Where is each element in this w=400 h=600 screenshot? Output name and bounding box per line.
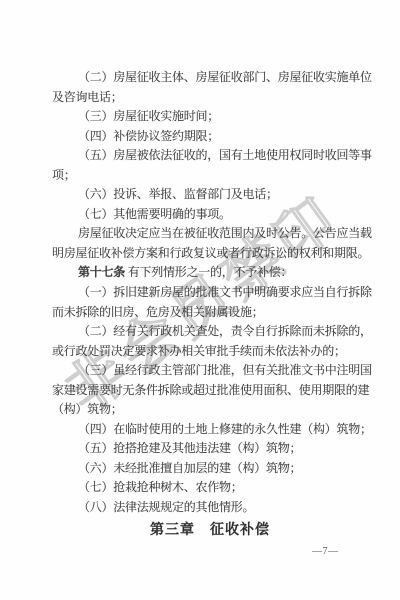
- chapter-heading: 第三章 征收补偿: [52, 520, 368, 542]
- document-line: 房屋征收决定应当在被征收范围内及时公告。公告应当载: [52, 224, 368, 244]
- document-line: （三）虽经行政主管部门批准，但有关批准文书中注明国: [52, 361, 368, 381]
- document-line: （四）在临时使用的土地上修建的永久性建（构）筑物；: [52, 420, 368, 440]
- document-line: 第十七条 有下列情形之一的，不予补偿：: [52, 263, 368, 283]
- document-line: （八）法律法规规定的其他情形。: [52, 498, 368, 518]
- document-line: （二）经有关行政机关查处，责令自行拆除而未拆除的，: [52, 322, 368, 342]
- document-line: （构）筑物；: [52, 400, 368, 420]
- document-line: （三）房屋征收实施时间；: [52, 107, 368, 127]
- document-line: （一）拆旧建新房屋的批准文书中明确要求应当自行拆除: [52, 283, 368, 303]
- document-line: 项；: [52, 166, 368, 186]
- document-line: 或行政处罚决定要求补办相关审批手续而未依法补办的；: [52, 342, 368, 362]
- document-line: 家建设需要时无条件拆除或超过批准使用面积、使用期限的建: [52, 381, 368, 401]
- document-line: 及咨询电话；: [52, 88, 368, 108]
- document-line: 明房屋征收补偿方案和行政复议或者行政诉讼的权利和期限。: [52, 244, 368, 264]
- document-body: （二）房屋征收主体、房屋征收部门、房屋征收实施单位及咨询电话；（三）房屋征收实施…: [52, 68, 368, 542]
- document-line: （二）房屋征收主体、房屋征收部门、房屋征收实施单位: [52, 68, 368, 88]
- document-line: （七）抢栽抢种树木、农作物；: [52, 478, 368, 498]
- document-line: （五）抢搭抢建及其他违法建（构）筑物；: [52, 439, 368, 459]
- page-number: —7—: [312, 546, 339, 557]
- document-page: 非会员禁印 （二）房屋征收主体、房屋征收部门、房屋征收实施单位及咨询电话；（三）…: [0, 0, 400, 600]
- document-lines: （二）房屋征收主体、房屋征收部门、房屋征收实施单位及咨询电话；（三）房屋征收实施…: [52, 68, 368, 518]
- document-line: （六）投诉、举报、监督部门及电话；: [52, 185, 368, 205]
- article-number: 第十七条: [78, 265, 125, 279]
- document-line: 而未拆除的旧房、危房及相关附属设施；: [52, 303, 368, 323]
- document-line: （五）房屋被依法征收的，国有土地使用权同时收回等事: [52, 146, 368, 166]
- document-line: （七）其他需要明确的事项。: [52, 205, 368, 225]
- document-line: （六）未经批准擅自加层的建（构）筑物；: [52, 459, 368, 479]
- document-line: （四）补偿协议签约期限；: [52, 127, 368, 147]
